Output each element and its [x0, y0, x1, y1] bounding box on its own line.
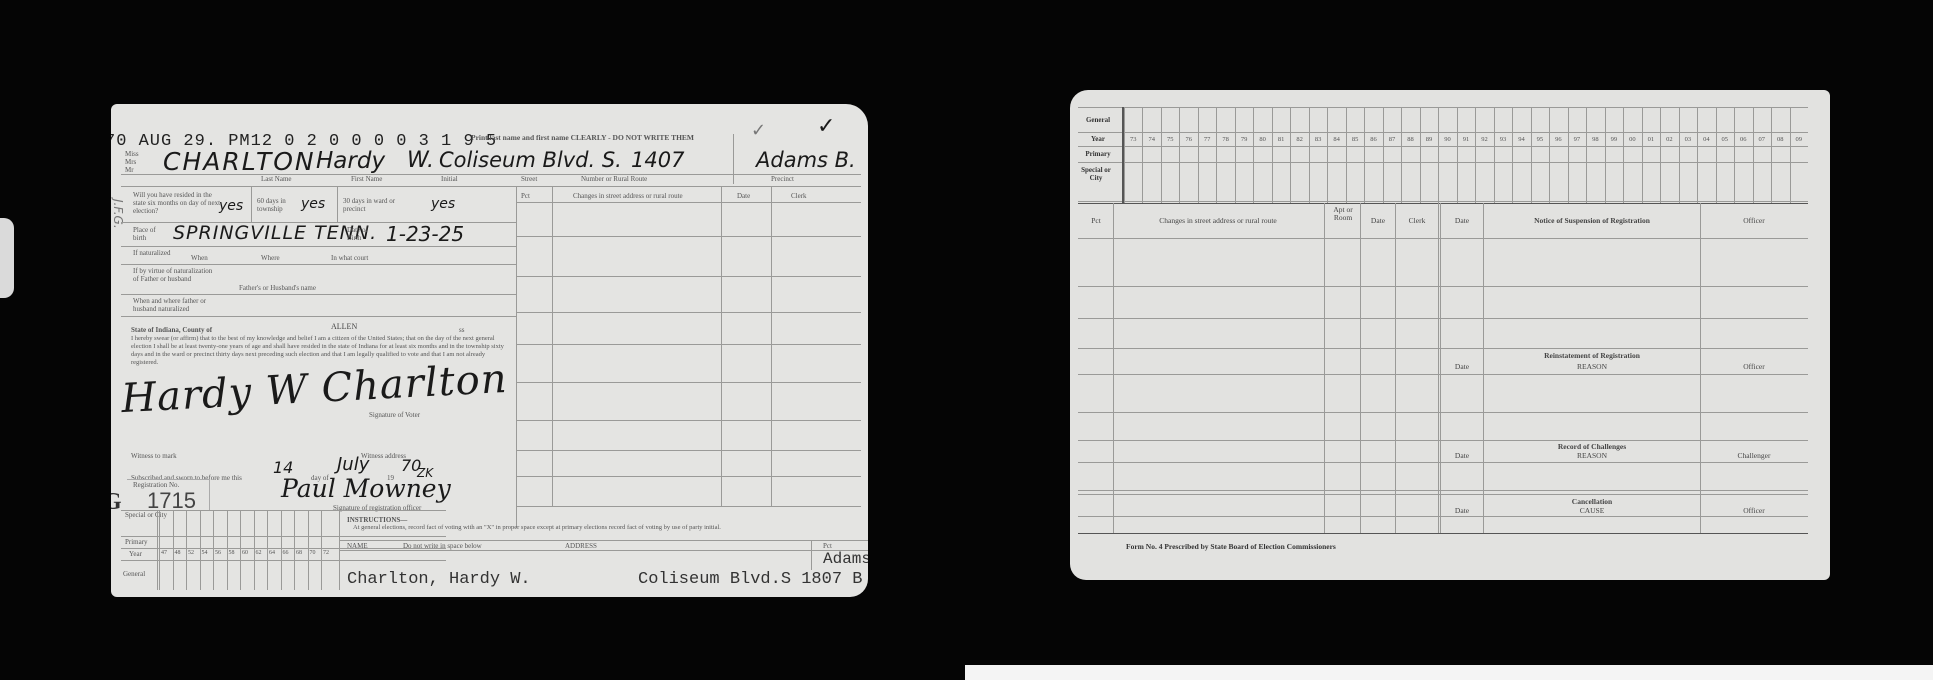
- year-label: 00: [1623, 136, 1641, 143]
- year-label: 07: [1753, 136, 1771, 143]
- year-label: 94: [1512, 136, 1530, 143]
- changes-header-date: Date: [737, 192, 750, 200]
- year-label: 01: [1642, 136, 1660, 143]
- file-letter: G: [111, 489, 122, 516]
- year-label: 74: [1142, 136, 1160, 143]
- instructions-title: INSTRUCTIONS—: [347, 516, 407, 524]
- back-header-apt: Apt or Room: [1328, 206, 1358, 222]
- year-label: 76: [1179, 136, 1197, 143]
- citizenship-label: If by virtue of naturalization of Father…: [133, 267, 213, 283]
- challenges-header-challenger: Challenger: [1704, 451, 1804, 460]
- county-value: ALLEN: [331, 322, 357, 331]
- year-label: 86: [1364, 136, 1382, 143]
- naturalized-court-label: In what court: [331, 254, 368, 262]
- residence-answer-precinct: yes: [431, 196, 455, 212]
- reinstatement-header-reason: REASON: [1486, 362, 1698, 371]
- residence-answer-state: yes: [219, 198, 243, 214]
- suspension-header-notice: Notice of Suspension of Registration: [1486, 216, 1698, 225]
- check-mark-icon: ✓: [751, 120, 766, 141]
- back-header-clerk: Clerk: [1397, 216, 1437, 225]
- residence-answer-township: yes: [301, 196, 325, 212]
- vote-year-label: 54: [202, 550, 208, 556]
- naturalized-when-label: When: [191, 254, 208, 262]
- year-label: 98: [1586, 136, 1604, 143]
- residence-question-township: 60 days in township: [257, 197, 305, 213]
- place-of-birth-label: Place of birth: [133, 226, 163, 242]
- year-label: 78: [1216, 136, 1234, 143]
- precinct-value: Adams B.: [756, 148, 856, 172]
- back-header-changes: Changes in street address or rural route: [1118, 216, 1318, 225]
- year-label: 93: [1494, 136, 1512, 143]
- scan-border: [965, 665, 1933, 680]
- vote-row-special: Special or City: [125, 512, 155, 519]
- vote-row-year: Year: [129, 550, 142, 558]
- vote-row-primary: Primary: [125, 538, 148, 546]
- vote-year-label: 72: [323, 550, 329, 556]
- bottom-header-pct: Pct: [823, 542, 832, 550]
- naturalized-label: If naturalized: [133, 249, 171, 257]
- voter-registration-card-front: 70 AUG 29. PM12 0 2 0 0 0 0 3 1 9 5 Prin…: [111, 104, 868, 597]
- bottom-header-name: NAME: [347, 542, 368, 550]
- year-label: 09: [1790, 136, 1808, 143]
- reinstatement-header-officer: Officer: [1704, 362, 1804, 371]
- grid-row-year: Year: [1076, 135, 1120, 143]
- label-street: Street: [521, 175, 537, 183]
- year-label: 02: [1660, 136, 1678, 143]
- label-initial: Initial: [441, 175, 458, 183]
- vote-row-general: General: [123, 570, 145, 578]
- label-precinct: Precinct: [771, 175, 794, 183]
- year-label: 08: [1771, 136, 1789, 143]
- challenges-header-reason: REASON: [1486, 451, 1698, 460]
- sworn-month: July: [337, 454, 369, 475]
- year-label: 95: [1531, 136, 1549, 143]
- vote-year-label: 68: [296, 550, 302, 556]
- vote-year-label: 70: [310, 550, 316, 556]
- initial-value: W.: [407, 148, 434, 173]
- grid-row-general: General: [1076, 116, 1120, 124]
- form-footer: Form No. 4 Prescribed by State Board of …: [1126, 542, 1336, 551]
- dob-label: Date of Birth: [347, 226, 377, 242]
- year-label: 89: [1420, 136, 1438, 143]
- check-mark-icon: ✓: [817, 114, 835, 139]
- last-name-value: CHARLTON: [163, 147, 316, 176]
- year-label: 03: [1679, 136, 1697, 143]
- typed-precinct: Adams: [823, 550, 868, 568]
- changes-header-pct: Pct: [521, 192, 530, 200]
- voter-signature-label: Signature of Voter: [369, 411, 420, 419]
- residence-question-state: Will you have resided in the state six m…: [133, 191, 223, 215]
- bottom-header-address: ADDRESS: [565, 542, 597, 550]
- label-last-name: Last Name: [261, 175, 292, 183]
- year-label: 73: [1124, 136, 1142, 143]
- first-name-value: Hardy: [316, 148, 385, 174]
- vote-year-label: 56: [215, 550, 221, 556]
- year-label: 92: [1475, 136, 1493, 143]
- scan-artifact: [0, 218, 14, 298]
- year-label: 05: [1716, 136, 1734, 143]
- reinstatement-title: Reinstatement of Registration: [1486, 351, 1698, 360]
- cancellation-header-date: Date: [1442, 506, 1482, 515]
- street-value: Coliseum Blvd. S.: [439, 148, 622, 172]
- year-label: 82: [1290, 136, 1308, 143]
- year-label: 84: [1327, 136, 1345, 143]
- vote-year-label: 64: [269, 550, 275, 556]
- year-label: 96: [1549, 136, 1567, 143]
- father-name-label: Father's or Husband's name: [239, 284, 316, 292]
- suspension-header-officer: Officer: [1704, 216, 1804, 225]
- bottom-header-note: Do not write in space below: [403, 542, 482, 550]
- year-label: 91: [1457, 136, 1475, 143]
- grid-row-primary: Primary: [1076, 150, 1120, 158]
- back-header-pct: Pct: [1078, 216, 1114, 225]
- salutation-options: MissMrsMr: [125, 150, 139, 174]
- changes-header-address: Changes in street address or rural route: [573, 192, 683, 200]
- cancellation-header-cause: CAUSE: [1486, 506, 1698, 515]
- vote-year-label: 66: [283, 550, 289, 556]
- cancellation-title: Cancellation: [1486, 497, 1698, 506]
- year-label: 87: [1383, 136, 1401, 143]
- label-first-name: First Name: [351, 175, 382, 183]
- year-label: 83: [1309, 136, 1327, 143]
- year-label: 90: [1438, 136, 1456, 143]
- label-number: Number or Rural Route: [581, 175, 647, 183]
- naturalized-where-label: Where: [261, 254, 280, 262]
- year-label: 99: [1605, 136, 1623, 143]
- year-label: 85: [1346, 136, 1364, 143]
- year-label: 75: [1161, 136, 1179, 143]
- witness-label: Witness to mark: [131, 452, 177, 460]
- side-initials: J.F.G.: [111, 199, 125, 229]
- challenges-title: Record of Challenges: [1486, 442, 1698, 451]
- voter-registration-card-back: General Year Primary Special or City 737…: [1070, 90, 1830, 580]
- father-naturalized-label: When and where father or husband natural…: [133, 297, 213, 313]
- year-label: 06: [1734, 136, 1752, 143]
- instructions-text: At general elections, record fact of vot…: [353, 524, 793, 532]
- challenges-header-date: Date: [1442, 451, 1482, 460]
- year-label: 97: [1568, 136, 1586, 143]
- typed-name: Charlton, Hardy W.: [347, 570, 531, 589]
- year-label: 80: [1253, 136, 1271, 143]
- grid-row-special: Special or City: [1076, 166, 1116, 182]
- dob-value: 1-23-25: [386, 222, 464, 246]
- reinstatement-header-date: Date: [1442, 362, 1482, 371]
- vote-year-label: 47: [161, 550, 167, 556]
- header-instruction: Print last name and first name CLEARLY -…: [471, 133, 694, 142]
- year-label: 79: [1235, 136, 1253, 143]
- oath-state-label: State of Indiana, County of: [131, 326, 212, 334]
- vote-year-label: 52: [188, 550, 194, 556]
- suspension-header-date: Date: [1442, 216, 1482, 225]
- cancellation-header-officer: Officer: [1704, 506, 1804, 515]
- ss-label: ss: [459, 326, 464, 334]
- year-label: 88: [1401, 136, 1419, 143]
- vote-year-label: 58: [229, 550, 235, 556]
- house-number-value: 1407: [631, 148, 684, 172]
- typed-address: Coliseum Blvd.S 1807 B: [638, 570, 862, 589]
- vote-year-label: 62: [256, 550, 262, 556]
- changes-header-clerk: Clerk: [791, 192, 807, 200]
- vote-year-label: 48: [175, 550, 181, 556]
- year-label: 77: [1198, 136, 1216, 143]
- year-label: 81: [1272, 136, 1290, 143]
- residence-question-precinct: 30 days in ward or precinct: [343, 197, 413, 213]
- vote-year-label: 60: [242, 550, 248, 556]
- back-header-date: Date: [1362, 216, 1394, 225]
- year-label: 04: [1697, 136, 1715, 143]
- officer-signature: Paul Mowney: [281, 474, 451, 503]
